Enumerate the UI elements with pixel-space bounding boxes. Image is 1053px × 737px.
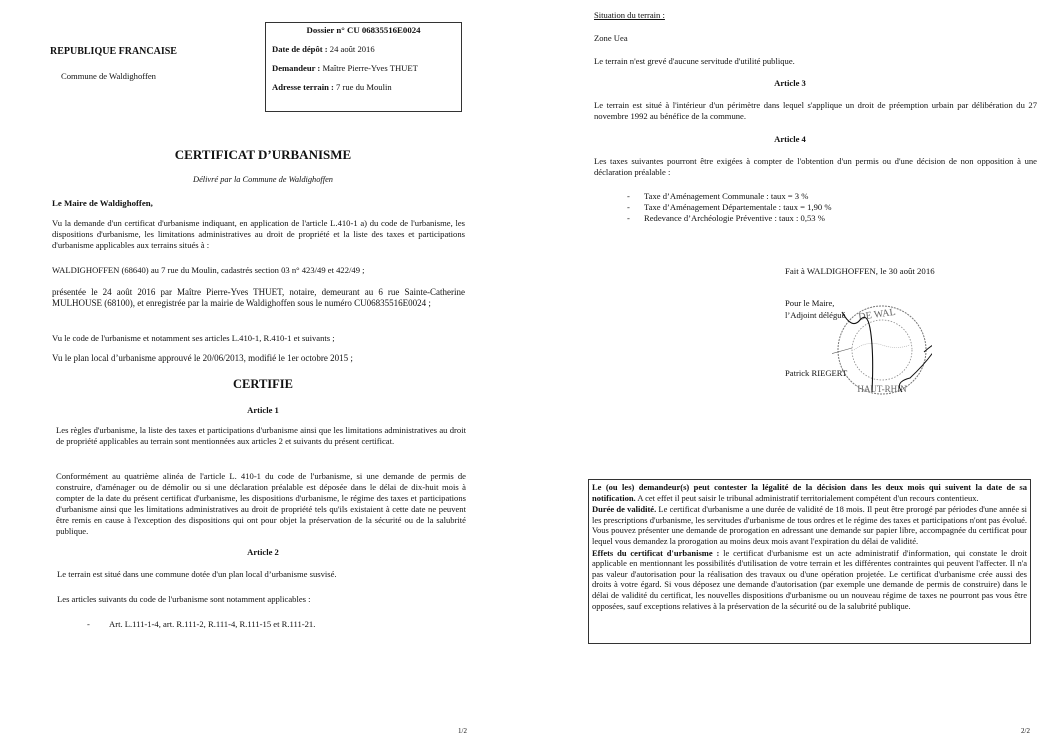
page-2: Situation du terrain : Zone Uea Le terra… <box>527 0 1053 737</box>
republic-heading: REPUBLIQUE FRANCAISE <box>50 46 177 57</box>
document-title: CERTIFICAT D’URBANISME <box>0 147 526 163</box>
mairie-stamp-icon: DE WAL HAUT-RHIN <box>832 300 932 400</box>
page-number: 2/2 <box>1021 727 1030 735</box>
demandeur: Demandeur : Maître Pierre-Yves THUET <box>272 63 455 73</box>
article-1-paragraph-1: Les règles d'urbanisme, la liste des tax… <box>56 425 466 447</box>
terrain-location: WALDIGHOFFEN (68640) au 7 rue du Moulin,… <box>52 265 465 276</box>
dossier-box: Dossier n° CU 06835516E0024 Date de dépô… <box>265 22 462 112</box>
presentee-paragraph: présentée le 24 août 2016 par Maître Pie… <box>52 287 465 309</box>
article-2-list-item: -Art. L.111-1-4, art. R.111-2, R.111-4, … <box>87 619 467 630</box>
vu-plan: Vu le plan local d’urbanisme approuvé le… <box>52 353 465 364</box>
maire-heading: Le Maire de Waldighoffen, <box>52 198 153 208</box>
article-1-heading: Article 1 <box>0 405 526 415</box>
certifie-heading: CERTIFIE <box>0 377 526 392</box>
document-subtitle: Délivré par la Commune de Waldighoffen <box>0 175 526 184</box>
page-number: 1/2 <box>458 727 467 735</box>
zone-value: Zone Uea <box>594 33 628 44</box>
tax-item: -Taxe d’Aménagement Communale : taux = 3… <box>627 191 1027 202</box>
notice-recours: Le (ou les) demandeur(s) peut contester … <box>592 482 1027 503</box>
article-3-paragraph: Le terrain est situé à l'intérieur d'un … <box>594 100 1037 122</box>
list-dash: - <box>87 619 109 630</box>
article-2-paragraph-2: Les articles suivants du code de l'urban… <box>57 594 467 605</box>
article-1-paragraph-2: Conformément au quatrième alinéa de l'ar… <box>56 471 466 537</box>
date-depot: Date de dépôt : 24 août 2016 <box>272 44 455 54</box>
vu-demande: Vu la demande d'un certificat d'urbanism… <box>52 218 465 251</box>
article-2-heading: Article 2 <box>0 547 526 557</box>
notice-box: Le (ou les) demandeur(s) peut contester … <box>588 479 1031 644</box>
article-2-paragraph-1: Le terrain est situé dans une commune do… <box>57 569 467 580</box>
article-4-paragraph: Les taxes suivantes pourront être exigée… <box>594 156 1037 178</box>
fait-a: Fait à WALDIGHOFFEN, le 30 août 2016 <box>785 266 935 276</box>
notice-validite: Durée de validité. Le certificat d'urban… <box>592 504 1027 546</box>
page-1: REPUBLIQUE FRANCAISE Commune de Waldigho… <box>0 0 526 737</box>
tax-item: -Redevance d’Archéologie Préventive : ta… <box>627 213 1027 224</box>
pour-le-maire: Pour le Maire, <box>785 298 834 309</box>
dossier-number: Dossier n° CU 06835516E0024 <box>272 25 455 35</box>
commune-name: Commune de Waldighoffen <box>61 71 156 81</box>
article-3-heading: Article 3 <box>527 78 1053 88</box>
notice-effets: Effets du certificat d'urbanisme : le ce… <box>592 548 1027 612</box>
servitude-text: Le terrain n'est grevé d'aucune servitud… <box>594 56 795 67</box>
tax-item: -Taxe d’Aménagement Départementale : tau… <box>627 202 1027 213</box>
adresse-terrain: Adresse terrain : 7 rue du Moulin <box>272 82 455 92</box>
taxes-list: -Taxe d’Aménagement Communale : taux = 3… <box>627 191 1027 224</box>
vu-code: Vu le code de l'urbanisme et notamment s… <box>52 333 465 344</box>
article-4-heading: Article 4 <box>527 134 1053 144</box>
situation-heading: Situation du terrain : <box>594 10 665 21</box>
